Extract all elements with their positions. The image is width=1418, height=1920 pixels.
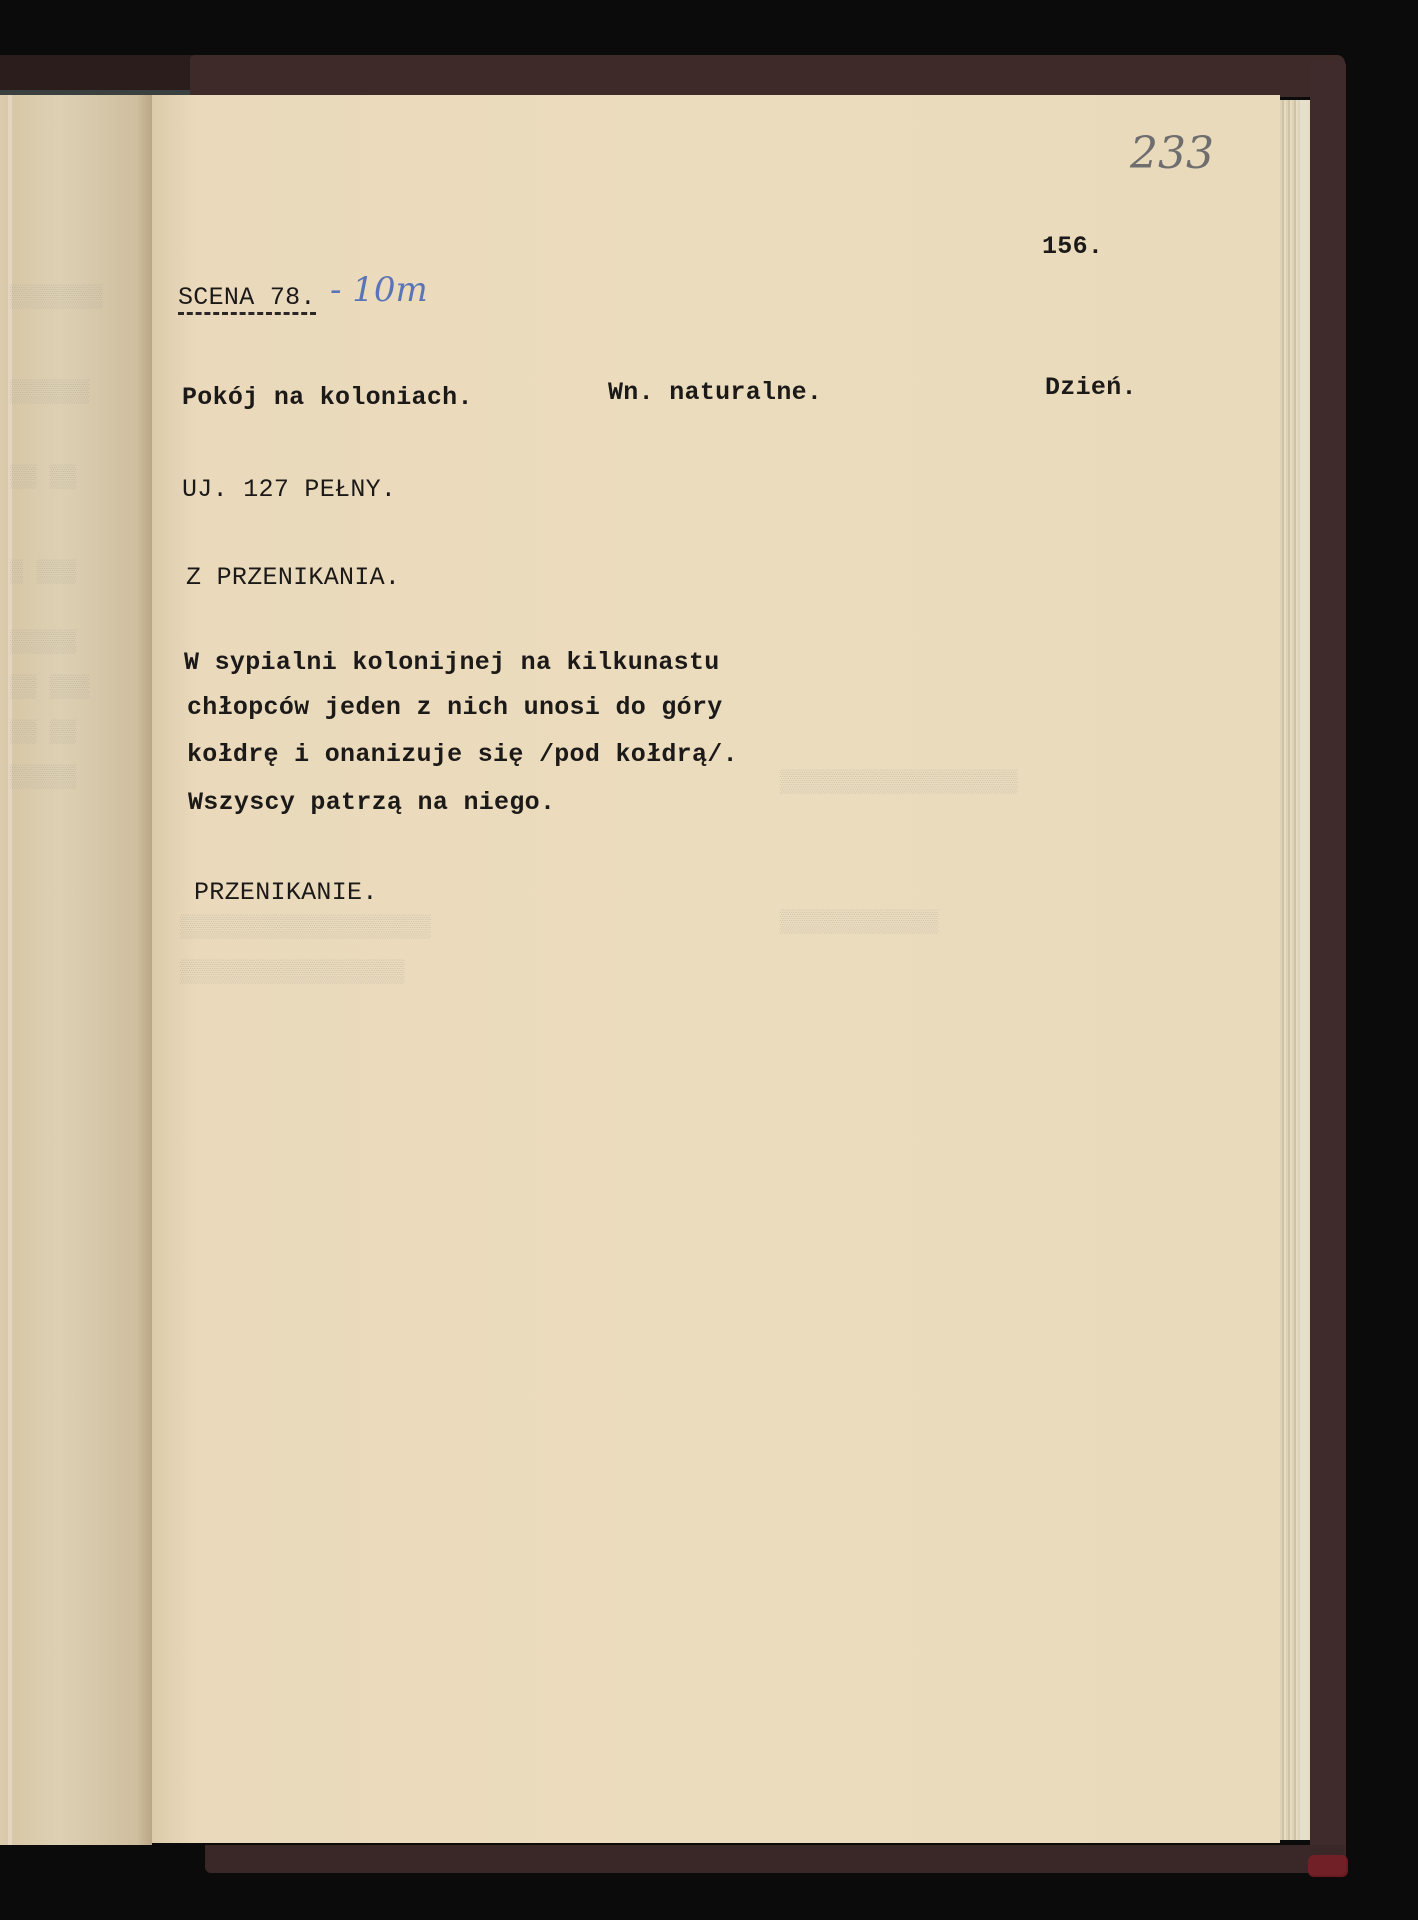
left-page-showthrough: ▒▒ ▒▒ <box>10 465 76 490</box>
action-line: W sypialni kolonijnej na kilkunastu <box>184 648 720 677</box>
page-number: 156. <box>1042 232 1103 261</box>
book-cover-bottom <box>205 1845 1345 1873</box>
left-page <box>0 95 152 1845</box>
handwritten-folio-number: 233 <box>1130 128 1214 179</box>
page-edges-rim <box>1300 100 1308 1840</box>
left-page-showthrough: ▒ ▒▒▒ <box>10 560 76 585</box>
slug-setting: Wn. naturalne. <box>608 378 822 407</box>
left-cover-edge <box>0 55 192 96</box>
showthrough-text: ▒▒▒▒▒▒▒▒▒▒▒▒▒▒▒▒▒▒ <box>780 770 1018 795</box>
cover-corner-wear <box>1308 1855 1348 1877</box>
transition-in: Z PRZENIKANIA. <box>186 563 400 592</box>
shot-description: UJ. 127 PEŁNY. <box>182 475 396 504</box>
action-line: chłopców jeden z nich unosi do góry <box>187 693 723 722</box>
book-cover-right <box>1310 60 1346 1875</box>
showthrough-text: ▒▒▒▒▒▒▒▒▒▒▒▒▒▒▒▒▒▒▒ <box>180 915 431 940</box>
slug-location: Pokój na koloniach. <box>182 383 473 412</box>
handwritten-duration-note: - 10m <box>330 270 428 310</box>
action-line: kołdrę i onanizuje się /pod kołdrą/. <box>187 740 738 769</box>
scene-heading: SCENA 78. <box>178 283 316 315</box>
left-page-showthrough: ▒▒ ▒▒▒ <box>10 675 89 700</box>
left-page-showthrough: ▒▒▒▒▒▒ <box>10 380 89 405</box>
left-page-showthrough: ▒▒ ▒▒ <box>10 720 76 745</box>
left-page-showthrough: ▒▒▒▒▒ <box>10 765 76 790</box>
left-page-showthrough: ▒▒▒▒▒ <box>10 630 76 655</box>
action-line: Wszyscy patrzą na niego. <box>188 788 555 817</box>
showthrough-text: ▒▒▒▒▒▒▒▒▒▒▒▒ <box>780 910 938 935</box>
book-cover-top <box>190 55 1345 97</box>
showthrough-text: ▒▒▒▒▒▒▒▒▒▒▒▒▒▒▒▒▒ <box>180 960 404 985</box>
left-page-edge <box>8 95 12 1845</box>
transition-out: PRZENIKANIE. <box>194 878 378 907</box>
slug-time: Dzień. <box>1045 373 1137 402</box>
left-page-showthrough: ▒▒▒▒▒▒▒ <box>10 285 102 310</box>
